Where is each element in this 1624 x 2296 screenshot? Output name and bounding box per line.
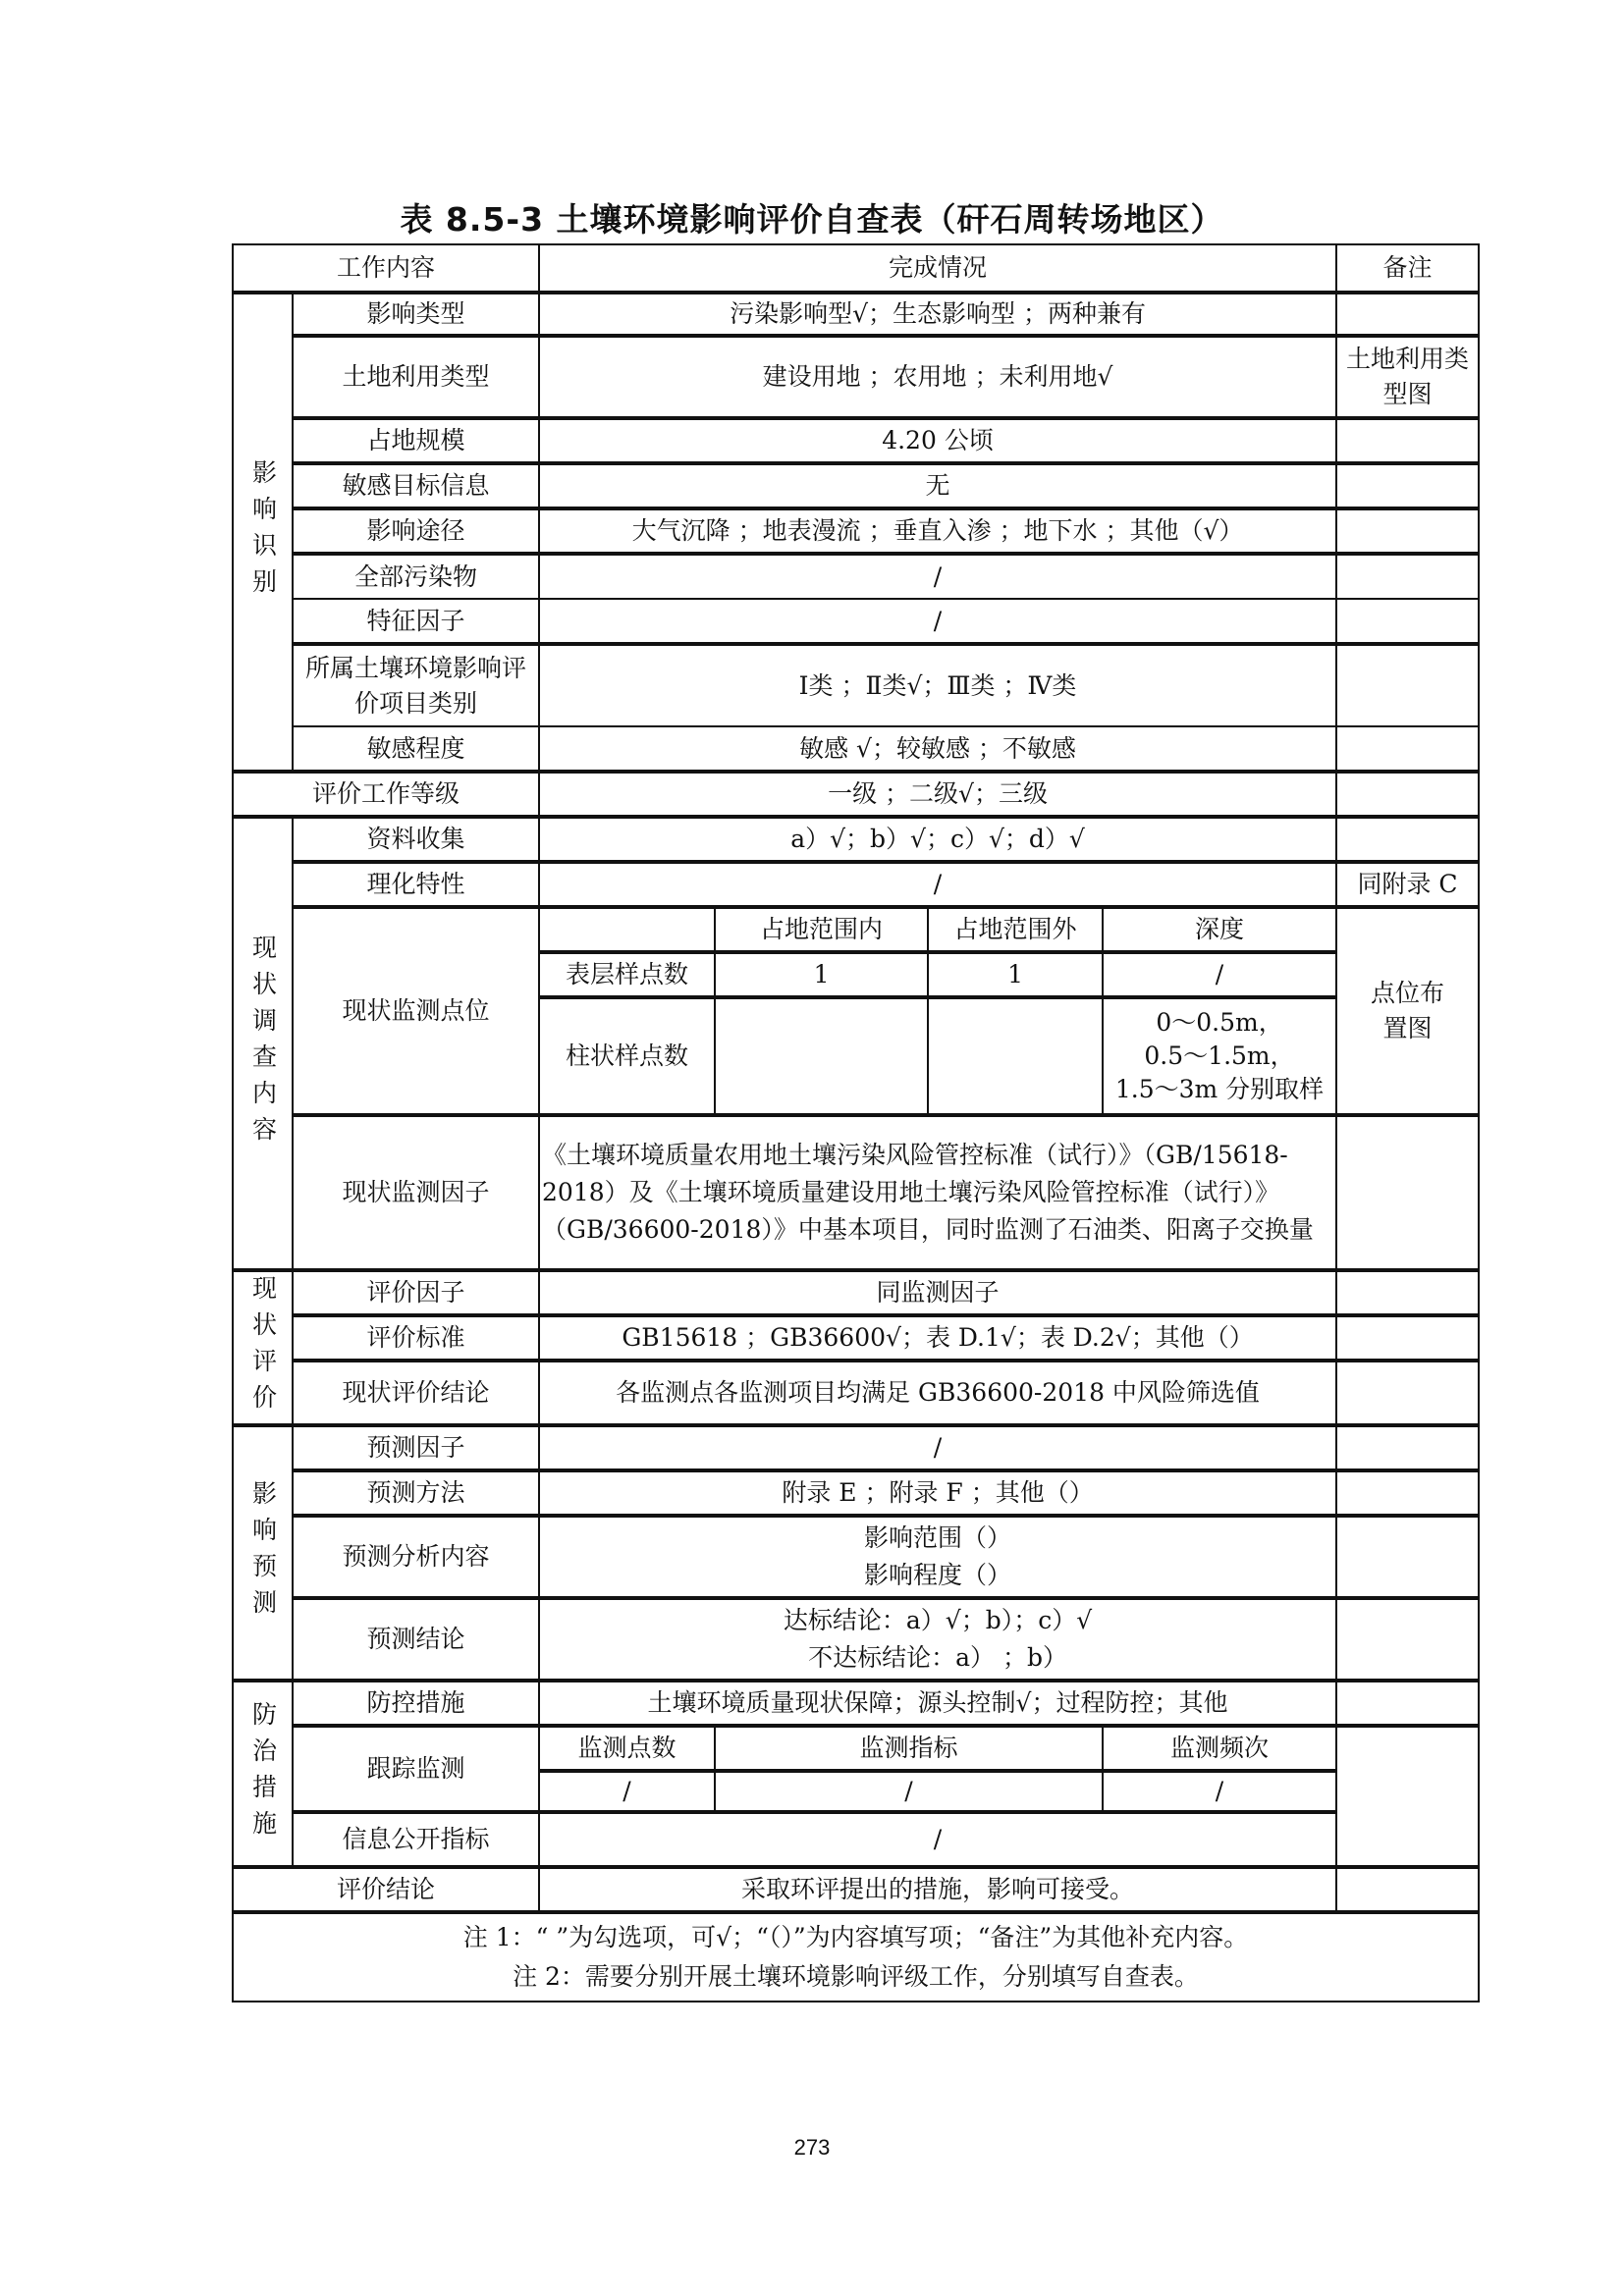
row-value: /: [539, 1425, 1336, 1470]
row-value: 一级 ；二级√；三级: [539, 772, 1336, 817]
row-value: 附录 E ；附录 F ；其他（）: [539, 1470, 1336, 1516]
row-label: 评价标准: [293, 1315, 539, 1361]
monitor-col-outside: 占地范围外: [928, 907, 1103, 952]
row-value: 《土壤环境质量农用地土壤污染风险管控标准（试行）》（GB/15618-2018）…: [539, 1115, 1336, 1270]
row-remark: [1336, 1425, 1479, 1470]
row-remark: [1336, 1315, 1479, 1361]
table-row: 特征因子 /: [233, 599, 1479, 644]
note-1: 注 1：“ ”为勾选项，可√；“（）”为内容填写项；“备注”为其他补充内容。: [234, 1918, 1478, 1957]
value-line: 不达标结论：a） ；b）: [544, 1639, 1331, 1677]
table-row: 占地规模 4.20 公顷: [233, 418, 1479, 463]
group-survey: 现状调查内容: [233, 817, 293, 1270]
row-value: 4.20 公顷: [539, 418, 1336, 463]
table-row: 土地利用类型 建设用地 ；农用地 ；未利用地√ 土地利用类型图: [233, 336, 1479, 418]
notes-row: 注 1：“ ”为勾选项，可√；“（）”为内容填写项；“备注”为其他补充内容。 注…: [233, 1912, 1479, 2002]
depth-line: 0～0.5m，: [1104, 1006, 1335, 1040]
row-value: 大气沉降 ；地表漫流 ；垂直入渗 ；地下水 ；其他（√）: [539, 508, 1336, 554]
row-label: 预测方法: [293, 1470, 539, 1516]
row-remark: [1336, 644, 1479, 726]
table-row: 影响途径 大气沉降 ；地表漫流 ；垂直入渗 ；地下水 ；其他（√）: [233, 508, 1479, 554]
row-remark: [1336, 1598, 1479, 1681]
monitor-inside: [715, 997, 928, 1115]
row-value: /: [539, 599, 1336, 644]
value-line: 达标结论：a）√；b）；c）√: [544, 1602, 1331, 1639]
row-value: /: [539, 862, 1336, 907]
row-label: 信息公开指标: [293, 1812, 539, 1867]
row-label: 预测分析内容: [293, 1516, 539, 1598]
tracking-col-indicators: 监测指标: [715, 1726, 1103, 1771]
row-remark: 点位布置图: [1336, 907, 1479, 1115]
monitor-outside: 1: [928, 952, 1103, 997]
row-label: 理化特性: [293, 862, 539, 907]
row-remark: [1336, 1681, 1479, 1726]
table-row: 所属土壤环境影响评价项目类别 Ⅰ类 ；Ⅱ类√；Ⅲ类 ；Ⅳ类: [233, 644, 1479, 726]
table-row: 现状评价结论 各监测点各监测项目均满足 GB36600-2018 中风险筛选值: [233, 1361, 1479, 1425]
row-remark: [1336, 726, 1479, 772]
row-value: 敏感 √；较敏感 ；不敏感: [539, 726, 1336, 772]
row-remark: [1336, 293, 1479, 336]
row-label: 现状监测因子: [293, 1115, 539, 1270]
table-row: 影响识别 影响类型 污染影响型√；生态影响型 ；两种兼有: [233, 293, 1479, 336]
row-label: 全部污染物: [293, 554, 539, 599]
row-value: 土壤环境质量现状保障；源头控制√；过程防控；其他: [539, 1681, 1336, 1726]
table-row: 评价标准 GB15618 ；GB36600√；表 D.1√；表 D.2√；其他（…: [233, 1315, 1479, 1361]
tracking-col-frequency: 监测频次: [1103, 1726, 1336, 1771]
notes-cell: 注 1：“ ”为勾选项，可√；“（）”为内容填写项；“备注”为其他补充内容。 注…: [233, 1912, 1479, 2002]
depth-line: 1.5～3m 分别取样: [1104, 1073, 1335, 1106]
group-identify: 影响识别: [233, 293, 293, 772]
row-remark: [1336, 1470, 1479, 1516]
row-value: Ⅰ类 ；Ⅱ类√；Ⅲ类 ；Ⅳ类: [539, 644, 1336, 726]
depth-line: 0.5～1.5m，: [1104, 1040, 1335, 1073]
row-value: 各监测点各监测项目均满足 GB36600-2018 中风险筛选值: [539, 1361, 1336, 1425]
table-row: 理化特性 / 同附录 C: [233, 862, 1479, 907]
monitor-col-inside: 占地范围内: [715, 907, 928, 952]
self-check-table: 工作内容 完成情况 备注 影响识别 影响类型 污染影响型√；生态影响型 ；两种兼…: [232, 243, 1480, 2002]
row-value: /: [539, 554, 1336, 599]
row-label: 影响类型: [293, 293, 539, 336]
value-line: 影响范围（）: [544, 1520, 1331, 1557]
row-remark: [1336, 1361, 1479, 1425]
conclusion-row: 评价结论 采取环评提出的措施，影响可接受。: [233, 1867, 1479, 1912]
tracking-frequency: /: [1103, 1771, 1336, 1812]
row-value: 建设用地 ；农用地 ；未利用地√: [539, 336, 1336, 418]
row-remark: [1336, 817, 1479, 862]
row-remark: 土地利用类型图: [1336, 336, 1479, 418]
row-value: GB15618 ；GB36600√；表 D.1√；表 D.2√；其他（）: [539, 1315, 1336, 1361]
row-remark: [1336, 418, 1479, 463]
group-assessment: 现状评价: [233, 1270, 293, 1425]
header-status: 完成情况: [539, 244, 1336, 293]
table-row: 预测结论 达标结论：a）√；b）；c）√ 不达标结论：a） ；b）: [233, 1598, 1479, 1681]
row-label: 现状监测点位: [293, 907, 539, 1115]
table-row: 信息公开指标 /: [233, 1812, 1479, 1867]
row-remark: [1336, 1867, 1479, 1912]
table-title: 表 8.5-3 土壤环境影响评价自查表（矸石周转场地区）: [0, 194, 1624, 240]
row-value: 污染影响型√；生态影响型 ；两种兼有: [539, 293, 1336, 336]
monitor-inside: 1: [715, 952, 928, 997]
row-remark: [1336, 1115, 1479, 1270]
row-label: 现状评价结论: [293, 1361, 539, 1425]
table-row: 现状调查内容 资料收集 a）√；b）√；c）√；d）√: [233, 817, 1479, 862]
row-remark: 同附录 C: [1336, 862, 1479, 907]
header-row: 工作内容 完成情况 备注: [233, 244, 1479, 293]
row-label: 预测结论: [293, 1598, 539, 1681]
row-remark: [1336, 463, 1479, 508]
row-value: 无: [539, 463, 1336, 508]
tracking-col-points: 监测点数: [539, 1726, 715, 1771]
header-remark: 备注: [1336, 244, 1479, 293]
row-label: 资料收集: [293, 817, 539, 862]
row-value: /: [539, 1812, 1336, 1867]
group-prevention: 防治措施: [233, 1681, 293, 1867]
grade-row: 评价工作等级 一级 ；二级√；三级: [233, 772, 1479, 817]
table-row: 预测分析内容 影响范围（） 影响程度（）: [233, 1516, 1479, 1598]
row-value: 达标结论：a）√；b）；c）√ 不达标结论：a） ；b）: [539, 1598, 1336, 1681]
monitor-col-depth: 深度: [1103, 907, 1336, 952]
monitor-header-row: 现状监测点位 占地范围内 占地范围外 深度 点位布置图: [233, 907, 1479, 952]
row-remark: [1336, 554, 1479, 599]
monitor-row-name: 柱状样点数: [539, 997, 715, 1115]
page-number: 273: [0, 2135, 1624, 2161]
row-value: 同监测因子: [539, 1270, 1336, 1315]
monitor-remark: 点位布置图: [1369, 976, 1447, 1046]
row-remark: [1336, 1516, 1479, 1598]
row-label: 影响途径: [293, 508, 539, 554]
row-label: 所属土壤环境影响评价项目类别: [293, 644, 539, 726]
table-row: 现状评价 评价因子 同监测因子: [233, 1270, 1479, 1315]
row-label: 土地利用类型: [293, 336, 539, 418]
header-work: 工作内容: [233, 244, 539, 293]
tracking-header-row: 跟踪监测 监测点数 监测指标 监测频次: [233, 1726, 1479, 1771]
monitor-depth: /: [1103, 952, 1336, 997]
row-label: 防控措施: [293, 1681, 539, 1726]
table-row: 敏感目标信息 无: [233, 463, 1479, 508]
row-label: 评价工作等级: [233, 772, 539, 817]
value-line: 影响程度（）: [544, 1557, 1331, 1594]
tracking-indicators: /: [715, 1771, 1103, 1812]
note-2: 注 2：需要分别开展土壤环境影响评级工作，分别填写自查表。: [234, 1957, 1478, 1997]
row-remark: [1336, 1726, 1479, 1867]
row-label: 评价因子: [293, 1270, 539, 1315]
row-remark: [1336, 599, 1479, 644]
row-label: 预测因子: [293, 1425, 539, 1470]
table-row: 敏感程度 敏感 √；较敏感 ；不敏感: [233, 726, 1479, 772]
row-remark: [1336, 1270, 1479, 1315]
monitor-outside: [928, 997, 1103, 1115]
row-label: 特征因子: [293, 599, 539, 644]
row-label: 跟踪监测: [293, 1726, 539, 1812]
monitor-row-name: 表层样点数: [539, 952, 715, 997]
monitor-col-blank: [539, 907, 715, 952]
tracking-points: /: [539, 1771, 715, 1812]
row-label: 占地规模: [293, 418, 539, 463]
row-label: 评价结论: [233, 1867, 539, 1912]
table-row: 现状监测因子 《土壤环境质量农用地土壤污染风险管控标准（试行）》（GB/1561…: [233, 1115, 1479, 1270]
row-remark: [1336, 772, 1479, 817]
row-label: 敏感目标信息: [293, 463, 539, 508]
row-label: 敏感程度: [293, 726, 539, 772]
row-value: a）√；b）√；c）√；d）√: [539, 817, 1336, 862]
row-remark: [1336, 508, 1479, 554]
group-prediction: 影响预测: [233, 1425, 293, 1681]
table-row: 全部污染物 /: [233, 554, 1479, 599]
table-row: 预测方法 附录 E ；附录 F ；其他（）: [233, 1470, 1479, 1516]
table-row: 防治措施 防控措施 土壤环境质量现状保障；源头控制√；过程防控；其他: [233, 1681, 1479, 1726]
table-row: 影响预测 预测因子 /: [233, 1425, 1479, 1470]
monitor-depth: 0～0.5m， 0.5～1.5m， 1.5～3m 分别取样: [1103, 997, 1336, 1115]
row-value: 影响范围（） 影响程度（）: [539, 1516, 1336, 1598]
row-value: 采取环评提出的措施，影响可接受。: [539, 1867, 1336, 1912]
